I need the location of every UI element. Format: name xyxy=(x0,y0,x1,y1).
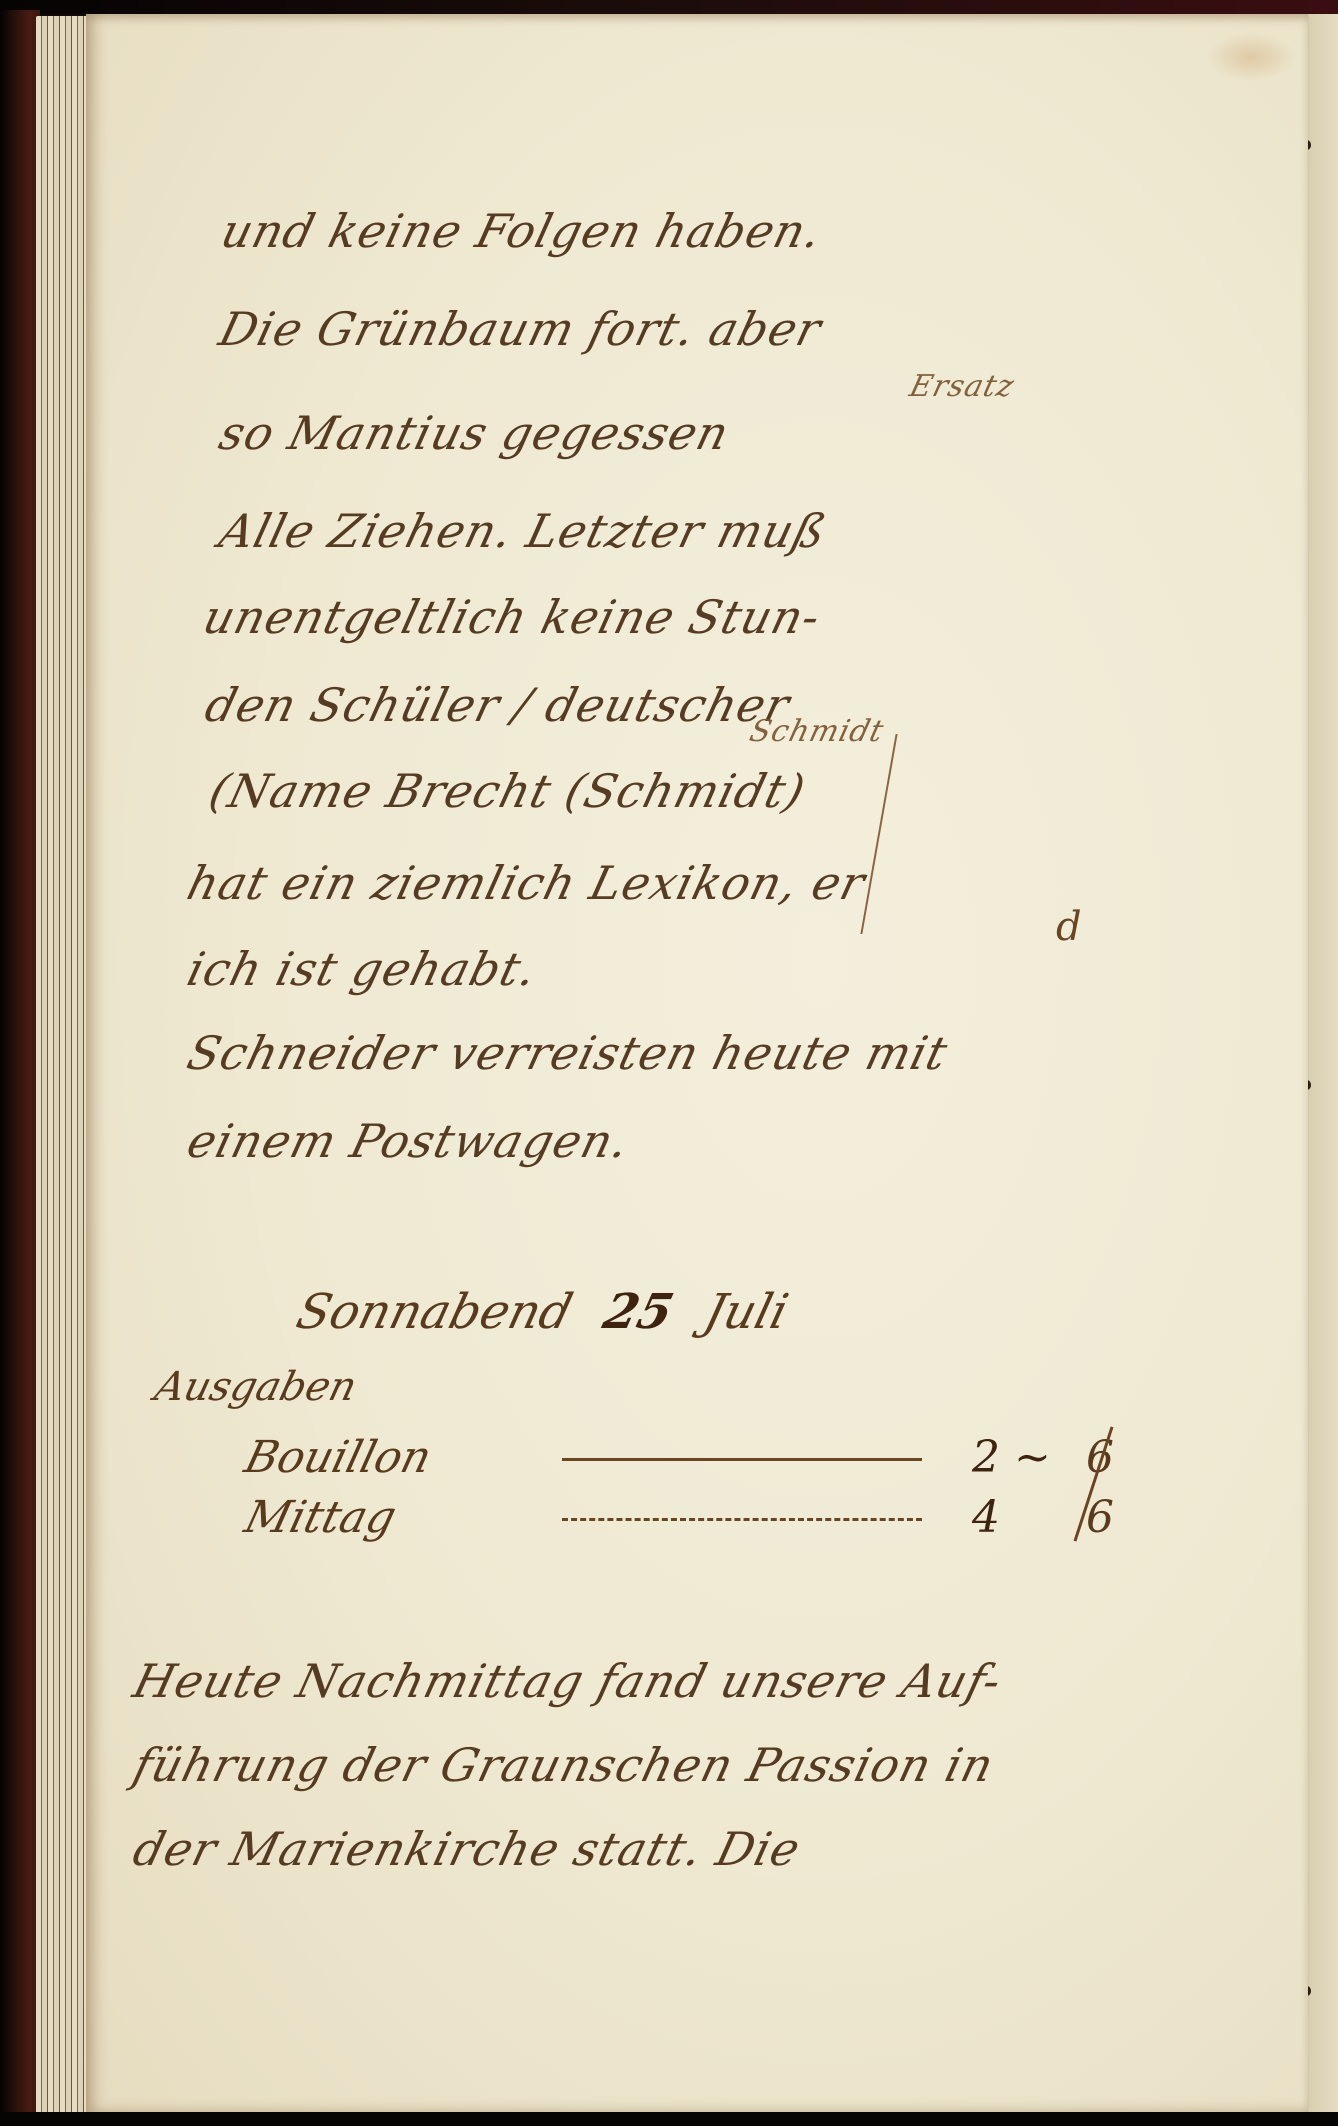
ledger-item: Mittag xyxy=(240,1492,402,1543)
interlinear-note: d xyxy=(1056,904,1082,950)
manuscript-page: und keine Folgen haben. Die Grünbaum for… xyxy=(86,14,1308,2112)
body-line: ich ist gehabt. xyxy=(182,942,543,996)
body-line: Die Grünbaum fort. aber xyxy=(214,302,827,356)
body-line: Alle Ziehen. Letzter muß xyxy=(214,504,832,558)
body-line: den Schüler / deutscher xyxy=(200,678,796,732)
margin-bracket xyxy=(860,734,897,934)
interlinear-note: Schmidt xyxy=(746,714,888,749)
date-heading: Sonnabend25Juli xyxy=(291,1284,794,1340)
ledger-row: Mittag 4 6 xyxy=(86,1492,1308,1552)
closing-line: Heute Nachmittag fand unsere Auf- xyxy=(128,1654,1007,1708)
ledger-amount: 4 xyxy=(972,1492,1000,1543)
date-weekday: Sonnabend xyxy=(291,1284,578,1340)
closing-line: der Marienkirche statt. Die xyxy=(128,1822,806,1876)
bottom-shadow xyxy=(0,2112,1338,2126)
ledger-amount: 2 ~ xyxy=(972,1432,1051,1483)
ledger-item: Bouillon xyxy=(240,1432,437,1483)
ledger-amount-fraction: 6 xyxy=(1086,1492,1114,1543)
manuscript-body: und keine Folgen haben. Die Grünbaum for… xyxy=(86,14,1308,2112)
body-line: so Mantius gegessen xyxy=(214,406,735,460)
page-edges xyxy=(36,16,88,2114)
body-line: unentgeltlich keine Stun- xyxy=(198,590,826,644)
ledger-title: Ausgaben xyxy=(150,1364,361,1410)
body-line: Schneider verreisten heute mit xyxy=(182,1026,954,1080)
body-line: und keine Folgen haben. xyxy=(216,204,828,258)
ledger-leader-line xyxy=(562,1458,922,1461)
body-line: einem Postwagen. xyxy=(182,1114,635,1168)
body-line: hat ein ziemlich Lexikon, er xyxy=(182,856,871,910)
adjacent-page-edge xyxy=(1306,14,1338,2112)
date-day: 25 xyxy=(598,1284,679,1340)
scanned-book: und keine Folgen haben. Die Grünbaum for… xyxy=(0,0,1338,2126)
book-spine xyxy=(0,10,40,2116)
interlinear-note: Ersatz xyxy=(906,369,1018,404)
body-line: (Name Brecht (Schmidt) xyxy=(204,764,811,818)
top-shadow xyxy=(0,0,1338,14)
closing-line: führung der Graunschen Passion in xyxy=(128,1738,1000,1792)
ledger-row: Bouillon 2 ~ 6 xyxy=(86,1432,1308,1492)
date-month: Juli xyxy=(699,1284,794,1340)
ledger-leader-line xyxy=(562,1518,922,1521)
